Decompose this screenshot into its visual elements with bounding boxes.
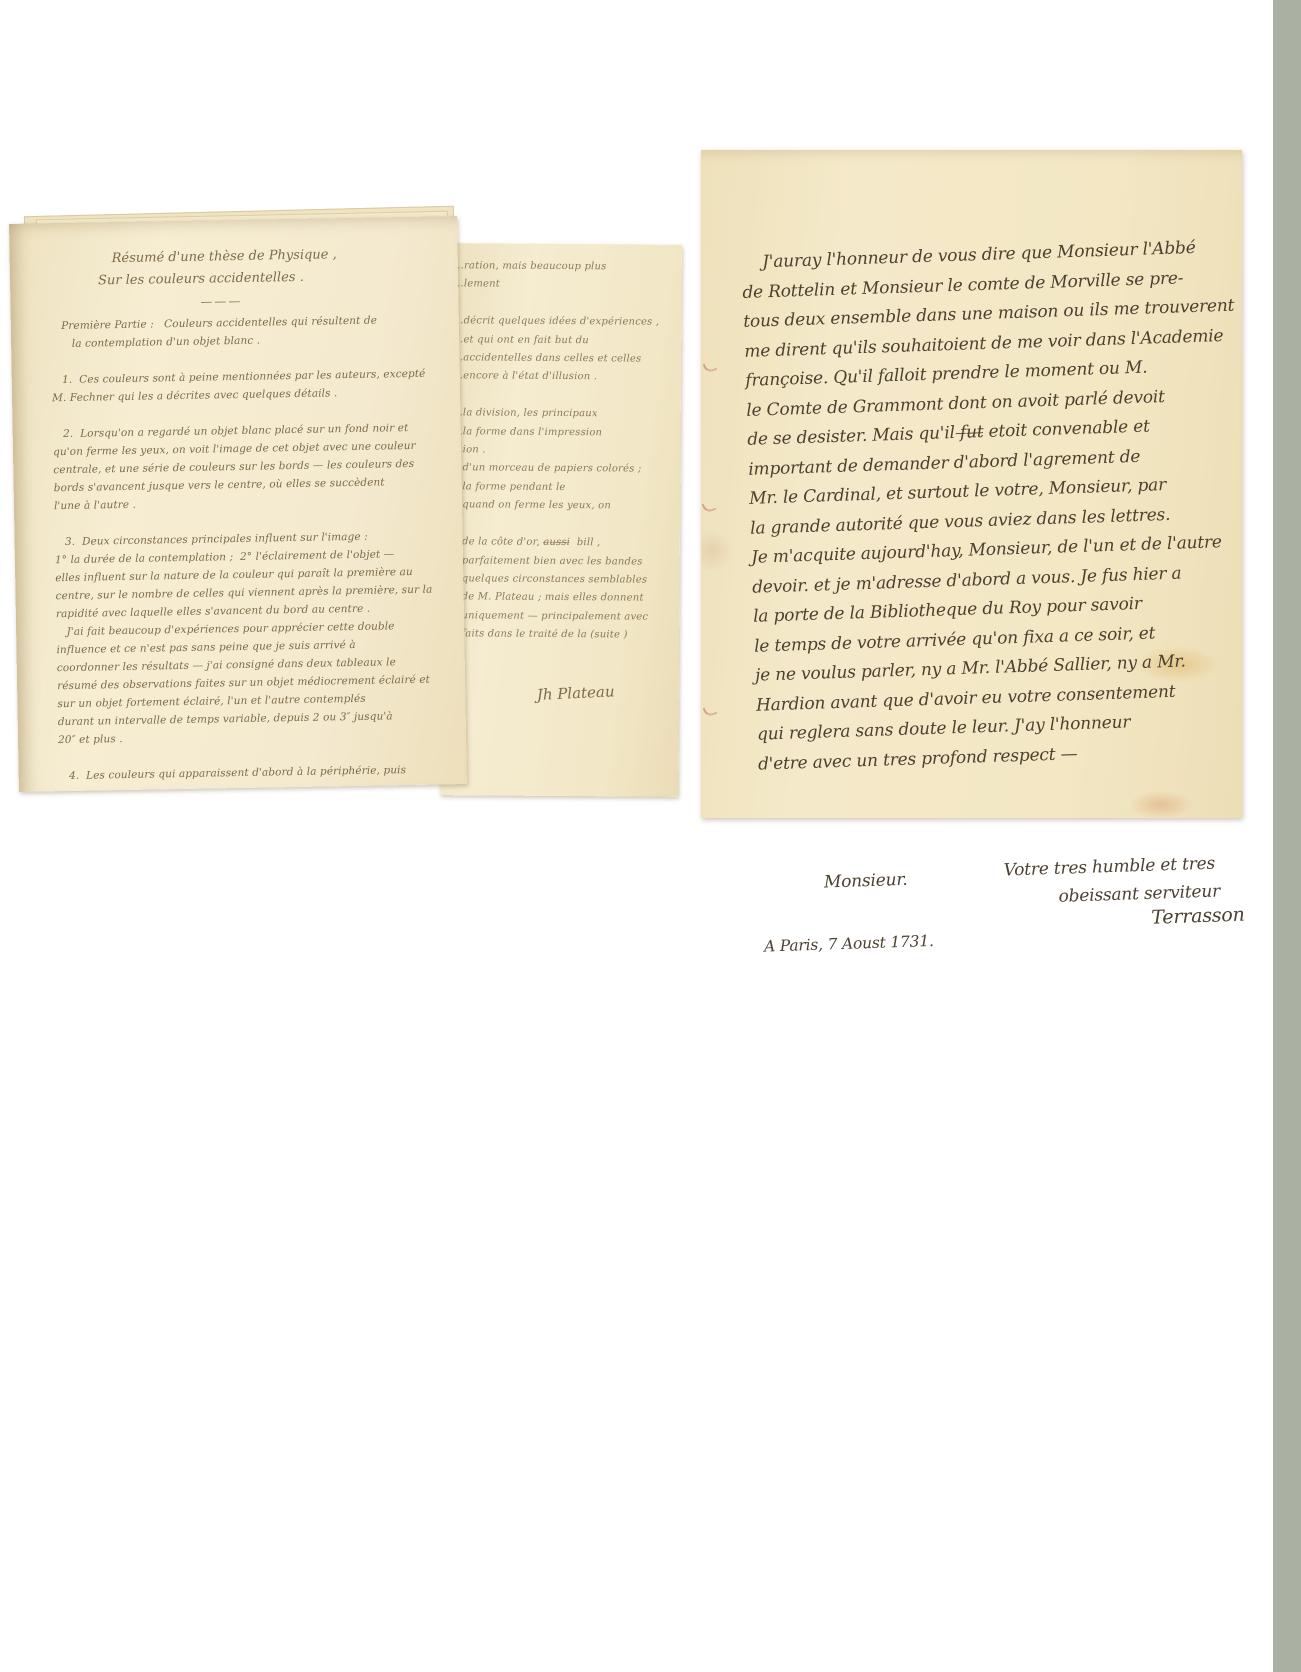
- manuscript-fragment-line: …quand on ferme les yeux, on: [452, 497, 672, 517]
- manuscript-text-block: Résumé d'une thèse de Physique , Sur les…: [50, 242, 455, 785]
- letter-body-lines: J'auray l'honneur de vous dire que Monsi…: [741, 233, 1242, 780]
- manuscript-title-line-2: Sur les couleurs accidentelles .: [98, 264, 446, 292]
- manuscript-fragment-line: …et qui ont en fait but du: [453, 331, 673, 351]
- manuscript-fragment-line: …de M. Plateau ; mais elles donnent: [451, 589, 671, 609]
- manuscript-fragment-line: …ion .: [452, 441, 672, 461]
- manuscript-fragment-line: …encore à l'état d'illusion .: [453, 368, 673, 388]
- manuscript-fragment-line: [453, 294, 673, 314]
- terrasson-letter: J'auray l'honneur de vous dire que Monsi…: [701, 150, 1242, 818]
- letter-salutation: Monsieur.: [824, 865, 909, 897]
- page-edge-color-band: [1273, 0, 1301, 1672]
- back-page-fragment-list: …ration, mais beaucoup plus…lement …décr…: [451, 257, 674, 645]
- margin-mark: [703, 704, 718, 718]
- manuscript-fragment-line: …décrit quelques idées d'expériences ,: [453, 312, 673, 332]
- manuscript-front-page: Résumé d'une thèse de Physique , Sur les…: [9, 216, 467, 792]
- manuscript-fragment-line: …la forme dans l'impression: [453, 423, 673, 443]
- letter-dateline: A Paris, 7 Aoust 1731.: [764, 926, 935, 961]
- back-page-signature: Jh Plateau: [536, 682, 615, 704]
- left-manuscript-group: …ration, mais beaucoup plus…lement …décr…: [14, 212, 674, 796]
- margin-mark: [702, 500, 717, 514]
- manuscript-fragment-line: …la division, les principaux: [453, 404, 673, 424]
- letter-text-block: J'auray l'honneur de vous dire que Monsi…: [739, 174, 1251, 1037]
- manuscript-fragment-line: …faits dans le traité de la (suite ): [451, 625, 671, 645]
- manuscript-fragment-line: …accidentelles dans celles et celles: [453, 349, 673, 369]
- manuscript-fragment-line: …quelques circonstances semblables: [452, 570, 672, 590]
- manuscript-divider: ———: [200, 290, 446, 308]
- manuscript-fragment-line: …de la côte d'or, a̶u̶s̶s̶i̶ bill ,: [452, 533, 672, 553]
- manuscript-back-page: …ration, mais beaucoup plus…lement …décr…: [440, 243, 682, 797]
- letter-closing: Monsieur. Votre tres humble et tres obei…: [761, 852, 1248, 978]
- manuscript-body-lines: Première Partie : Couleurs accidentelles…: [51, 310, 455, 785]
- manuscript-fragment-line: …ration, mais beaucoup plus: [454, 257, 674, 277]
- manuscript-fragment-line: …d'un morceau de papiers colorés ;: [452, 460, 672, 480]
- manuscript-fragment-line: …uniquement — principalement avec: [451, 607, 671, 627]
- catalog-page: …ration, mais beaucoup plus…lement …décr…: [0, 0, 1301, 1672]
- manuscript-fragment-line: …parfaitement bien avec les bandes: [452, 552, 672, 572]
- letter-signature: Terrasson: [1151, 900, 1245, 933]
- manuscript-fragment-line: …la forme pendant le: [452, 478, 672, 498]
- margin-mark: [703, 360, 718, 374]
- manuscript-fragment-line: [452, 515, 672, 535]
- manuscript-fragment-line: …lement: [454, 276, 674, 296]
- manuscript-fragment-line: [453, 386, 673, 406]
